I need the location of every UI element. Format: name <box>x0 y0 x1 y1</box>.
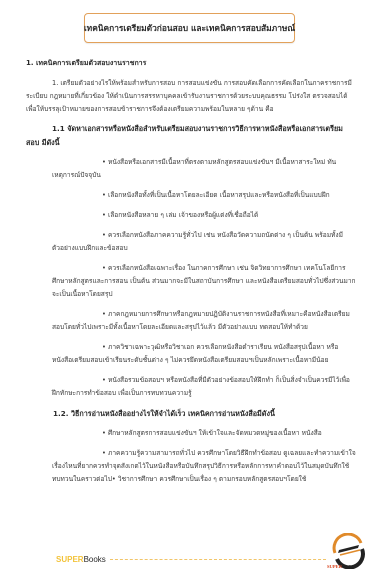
brand-wordmark: SUPERBooks <box>56 555 106 564</box>
section-heading: 1. เทคนิคการเตรียมตัวสอบงานราชการ <box>26 58 356 69</box>
logo-text: SUPERbooks <box>327 564 354 569</box>
brand-super: SUPER <box>56 555 84 564</box>
footer-divider <box>110 559 326 560</box>
list-item: • หนังสือรวมข้อสอบฯ หรือหนังสือที่มีตัวอ… <box>52 374 356 400</box>
list-item: • ศึกษาหลักสูตรการสอบแข่งขันฯ ให้เข้าใจแ… <box>52 427 356 440</box>
logo-books: books <box>342 564 354 569</box>
document-title-box: เทคนิคการเตรียมตัวก่อนสอบ และเทคนิคการสอ… <box>84 13 295 43</box>
list-item: • ควรเลือกหนังสือภาคความรู้ทั่วไป เช่น ห… <box>52 229 356 255</box>
logo-super: SUPER <box>327 564 342 569</box>
list-item: • ภาคกฎหมายการศึกษาหรือกฎหมายปฏิบัติงานร… <box>52 308 356 334</box>
list-item: • เลือกหนังสือทั้งที่เป็นเนื้อหาโดยละเอี… <box>52 189 356 202</box>
list-item: • หนังสือหรือเอกสารมีเนื้อหาที่ตรงตามหลั… <box>52 156 356 182</box>
intro-paragraph: 1. เตรียมตัวอย่างไรให้พร้อมสำหรับการสอบ … <box>26 77 356 116</box>
list-item: • เลือกหนังสือหลาย ๆ เล่ม เจ้าของหรือผู้… <box>52 209 356 222</box>
list-item: • ภาคความรู้ความสามารถทั่วไป ควรศึกษาโดย… <box>52 447 356 486</box>
brand-books: Books <box>84 555 106 564</box>
list-item: • ควรเลือกหนังสือเฉพาะเรื่อง ในภาคการศึก… <box>52 262 356 301</box>
document-body: 1. เทคนิคการเตรียมตัวสอบงานราชการ 1. เตร… <box>26 58 356 493</box>
bullet-list-1-2: • ศึกษาหลักสูตรการสอบแข่งขันฯ ให้เข้าใจแ… <box>52 427 356 486</box>
list-item: • ภาควิชาเฉพาะวุฒิหรือวิชาเอก ควรเลือกหน… <box>52 341 356 367</box>
subsection-heading-1-1: 1.1 จัดหาเอกสารหรือหนังสือสำหรับเตรียมสอ… <box>26 122 356 150</box>
bullet-list-1-1: • หนังสือหรือเอกสารมีเนื้อหาที่ตรงตามหลั… <box>52 156 356 400</box>
subsection-heading-1-2: 1.2. วิธีการอ่านหนังสืออย่างไรให้จำได้เร… <box>26 407 356 421</box>
page-footer: SUPERBooks <box>56 553 326 565</box>
document-title: เทคนิคการเตรียมตัวก่อนสอบ และเทคนิคการสอ… <box>84 21 295 35</box>
